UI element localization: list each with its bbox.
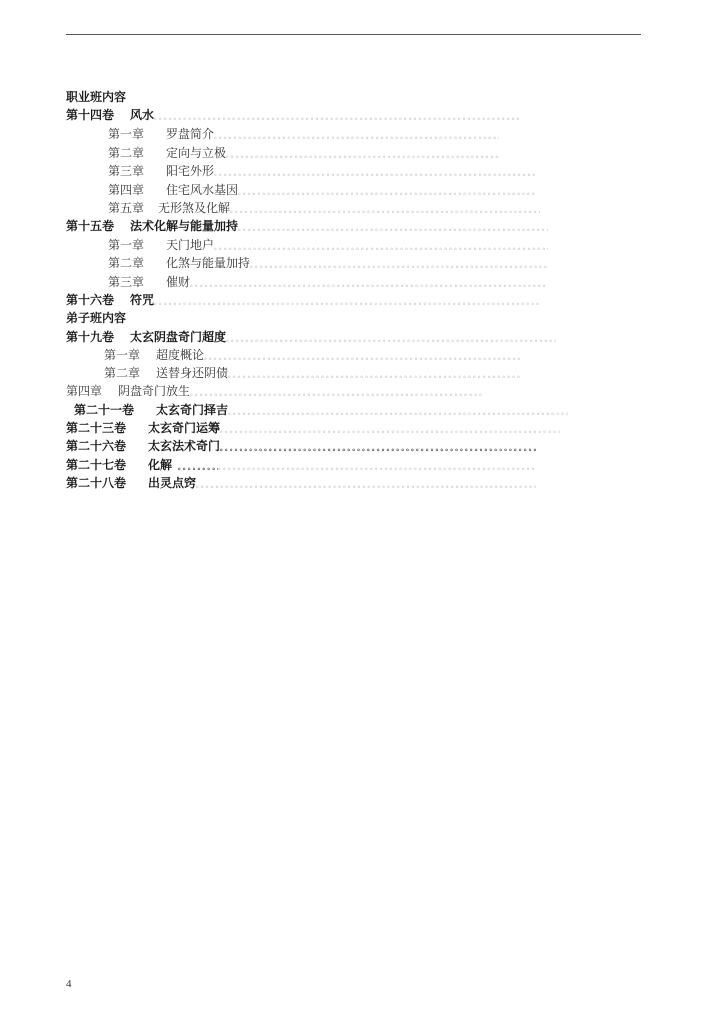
- chapter-title: 催财: [166, 273, 190, 291]
- chapter-title: 化煞与能量加持: [166, 254, 250, 272]
- dot-leader: 。。。。。。。。。。。。。。。。。。。。。。。。。。。。。。。。。。。。。。。。…: [214, 127, 499, 145]
- chapter-number: 第四章: [108, 181, 166, 199]
- chapter-number: 第三章: [108, 162, 166, 180]
- volume-title: 太玄阴盘奇门超度: [130, 328, 226, 346]
- toc-entry-volume-28[interactable]: 第二十八卷 出灵点窍 。。。。。。。。。。。。。。。。。。。。。。。。。。。。。…: [66, 474, 536, 492]
- dot-leader: 。。。。。。。。。。。。。。。。。。。。。。。。。。。。。。。。。。。。。。。。…: [214, 164, 536, 182]
- toc-entry-chapter[interactable]: 第一章 超度概论 。。。。。。。。。。。。。。。。。。。。。。。。。。。。。。。…: [104, 346, 522, 364]
- toc-entry-volume-27[interactable]: 第二十七卷 化解 。。。。。。。。。。。。。。。。。。。。。。。。。。。。。。。…: [66, 456, 536, 474]
- chapter-title: 天门地户: [166, 236, 214, 254]
- dot-leader: 。。。。。。。。。。。。。。。。。。。。。。。。。。。。。。。。。。。。。。。。…: [196, 476, 536, 494]
- volume-title: 太玄法术奇门: [148, 437, 220, 455]
- toc-entry-chapter[interactable]: 第三章 阳宅外形 。。。。。。。。。。。。。。。。。。。。。。。。。。。。。。。…: [108, 162, 536, 180]
- page-number: 4: [66, 978, 72, 990]
- toc-entry-chapter[interactable]: 第四章 阴盘奇门放生 。。。。。。。。。。。。。。。。。。。。。。。。。。。。。…: [66, 382, 482, 400]
- chapter-number: 第一章: [104, 346, 156, 364]
- volume-title: 出灵点窍: [148, 474, 196, 492]
- volume-number: 第十五卷: [66, 217, 130, 235]
- toc-entry-chapter[interactable]: 第五章 无形煞及化解 。。。。。。。。。。。。。。。。。。。。。。。。。。。。。…: [108, 199, 540, 217]
- dot-leader: 。。。。。。。。。。。。。。。。。。。。。。。。。。。。。。。。。。。。。。。。…: [220, 439, 538, 457]
- chapter-title: 住宅风水基因: [166, 181, 238, 199]
- chapter-title: 定向与立极: [166, 144, 226, 162]
- volume-number: 第二十三卷: [66, 419, 148, 437]
- chapter-number: 第二章: [108, 254, 166, 272]
- toc-entry-chapter[interactable]: 第二章 化煞与能量加持 。。。。。。。。。。。。。。。。。。。。。。。。。。。。…: [108, 254, 548, 272]
- chapter-title: 阴盘奇门放生: [118, 382, 190, 400]
- header-rule: [66, 34, 641, 35]
- toc-entry-chapter[interactable]: 第三章 催财 。。。。。。。。。。。。。。。。。。。。。。。。。。。。。。。。。…: [108, 273, 548, 291]
- toc-entry-volume-15[interactable]: 第十五卷 法术化解与能量加持 。。。。。。。。。。。。。。。。。。。。。。。。。…: [66, 217, 548, 235]
- toc-entry-volume-16[interactable]: 第十六卷 符咒 。。。。。。。。。。。。。。。。。。。。。。。。。。。。。。。。…: [66, 291, 550, 309]
- volume-number: 第二十六卷: [66, 437, 148, 455]
- volume-number: 第十九卷: [66, 328, 130, 346]
- section-heading-disciple: 弟子班内容: [66, 309, 126, 327]
- volume-title: 风水: [130, 106, 154, 124]
- section-heading-professional: 职业班内容: [66, 88, 126, 106]
- toc-entry-volume-26[interactable]: 第二十六卷 太玄法术奇门 。。。。。。。。。。。。。。。。。。。。。。。。。。。…: [66, 437, 538, 455]
- toc-entry-chapter[interactable]: 第一章 罗盘简介 。。。。。。。。。。。。。。。。。。。。。。。。。。。。。。。…: [108, 125, 499, 143]
- chapter-number: 第一章: [108, 125, 166, 143]
- volume-title: 太玄奇门择吉: [156, 401, 228, 419]
- toc-entry-chapter[interactable]: 第一章 天门地户 。。。。。。。。。。。。。。。。。。。。。。。。。。。。。。。…: [108, 236, 548, 254]
- toc-entry-volume-23[interactable]: 第二十三卷 太玄奇门运筹 。。。。。。。。。。。。。。。。。。。。。。。。。。。…: [66, 419, 560, 437]
- heading-text: 职业班内容: [66, 88, 126, 106]
- chapter-number: 第三章: [108, 273, 166, 291]
- dot-leader: 。。。。。。。。。。。。。。。。。。。。。。。。。。。。。。。。。。。。。。。。…: [190, 384, 482, 402]
- volume-number: 第二十一卷: [74, 401, 156, 419]
- document-page: 职业班内容 第十四卷 风水 。。。。。。。。。。。。。。。。。。。。。。。。。。…: [0, 0, 724, 1024]
- volume-title: 法术化解与能量加持: [130, 217, 238, 235]
- volume-title: 符咒: [130, 291, 154, 309]
- chapter-number: 第二章: [108, 144, 166, 162]
- toc-entry-volume-21[interactable]: 第二十一卷 太玄奇门择吉 。。。。。。。。。。。。。。。。。。。。。。。。。。。…: [74, 401, 568, 419]
- toc-entry-volume-14[interactable]: 第十四卷 风水 。。。。。。。。。。。。。。。。。。。。。。。。。。。。。。。。…: [66, 106, 520, 124]
- chapter-number: 第一章: [108, 236, 166, 254]
- chapter-title: 送替身还阴债: [156, 364, 228, 382]
- chapter-number: 第二章: [104, 364, 156, 382]
- chapter-title: 超度概论: [156, 346, 204, 364]
- chapter-title: 罗盘简介: [166, 125, 214, 143]
- chapter-title: 阳宅外形: [166, 162, 214, 180]
- dot-leader: 。。。。。。。。。。。。。。。。。。。。。。。。。。。。。。。。。。。。。。。。…: [238, 219, 548, 237]
- dot-leader: 。。。。。。。。。。。。。。。。。。。。。。。。。。。。。。。。。。。。。。。。…: [154, 108, 520, 126]
- volume-number: 第二十八卷: [66, 474, 148, 492]
- volume-title: 太玄奇门运筹: [148, 419, 220, 437]
- chapter-number: 第四章: [66, 382, 118, 400]
- toc-entry-chapter[interactable]: 第二章 送替身还阴债 。。。。。。。。。。。。。。。。。。。。。。。。。。。。。…: [104, 364, 522, 382]
- dot-leader: 。。。。。。。。。。。。。。。。。。。。。。。。。。。。。。。。。。。。。。。。…: [154, 293, 550, 311]
- toc-entry-chapter[interactable]: 第四章 住宅风水基因 。。。。。。。。。。。。。。。。。。。。。。。。。。。。。…: [108, 181, 536, 199]
- volume-number: 第十四卷: [66, 106, 130, 124]
- toc-entry-volume-19[interactable]: 第十九卷 太玄阴盘奇门超度 。。。。。。。。。。。。。。。。。。。。。。。。。。…: [66, 328, 556, 346]
- volume-number: 第十六卷: [66, 291, 130, 309]
- volume-title: 化解: [148, 456, 172, 474]
- chapter-title: 无形煞及化解: [158, 199, 230, 217]
- volume-number: 第二十七卷: [66, 456, 148, 474]
- heading-text: 弟子班内容: [66, 309, 126, 327]
- dot-leader: 。。。。。。。。。。。。。。。。。。。。。。。。。。。。。。。。。。。。。。。。…: [250, 256, 548, 274]
- toc-entry-chapter[interactable]: 第二章 定向与立极 。。。。。。。。。。。。。。。。。。。。。。。。。。。。。。…: [108, 144, 498, 162]
- chapter-number: 第五章: [108, 199, 158, 217]
